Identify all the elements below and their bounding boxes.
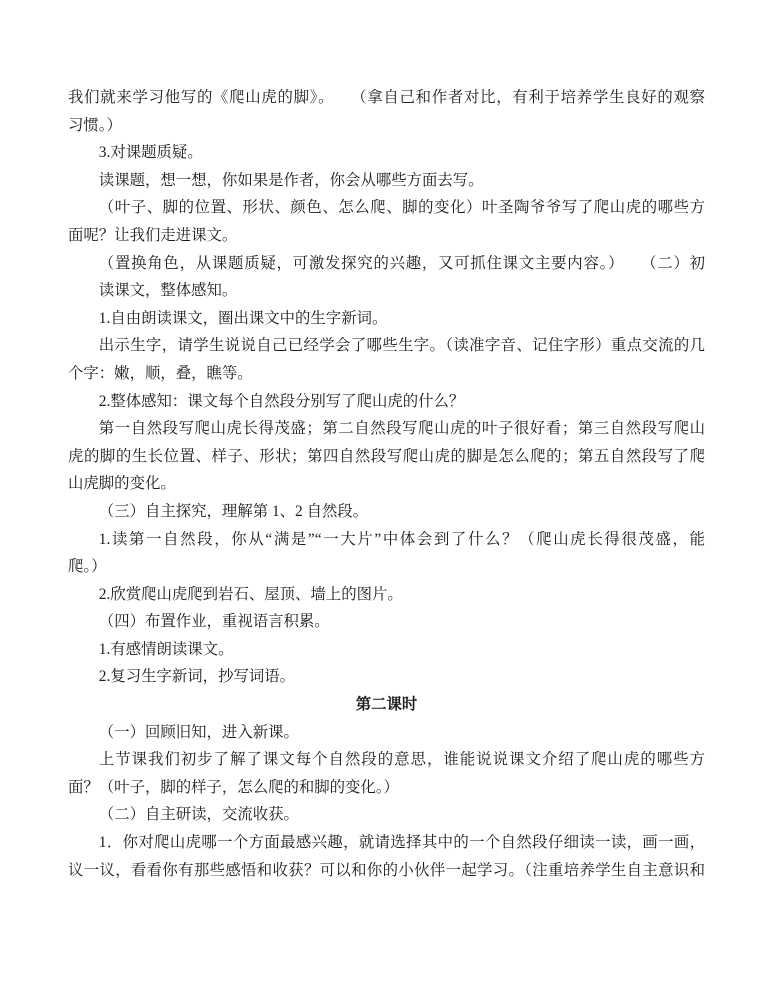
document-line: 习惯。） bbox=[68, 112, 705, 140]
document-line: （四）布置作业，重视语言积累。 bbox=[68, 608, 705, 636]
document-line: 2.整体感知：课文每个自然段分别写了爬山虎的什么？ bbox=[68, 388, 705, 416]
document-line: 出示生字，请学生说说自己已经学会了哪些生字。（读准字音、记住字形）重点交流的几 bbox=[68, 332, 705, 360]
document-line: 2.复习生字新词，抄写词语。 bbox=[68, 663, 705, 691]
document-line: 议一议，看看你有那些感悟和收获？可以和你的小伙伴一起学习。（注重培养学生自主意识… bbox=[68, 857, 705, 885]
document-line: （一）回顾旧知，进入新课。 bbox=[68, 719, 705, 747]
document-body: 我们就来学习他写的《爬山虎的脚》。 （拿自己和作者对比，有利于培养学生良好的观察… bbox=[68, 84, 705, 884]
document-line: （二）自主研读，交流收获。 bbox=[68, 801, 705, 829]
document-line: 上节课我们初步了解了课文每个自然段的意思，谁能说说课文介绍了爬山虎的哪些方 bbox=[68, 746, 705, 774]
document-line: （三）自主探究，理解第 1、2 自然段。 bbox=[68, 498, 705, 526]
document-line: 1．你对爬山虎哪一个方面最感兴趣，就请选择其中的一个自然段仔细读一读，画一画， bbox=[68, 829, 705, 857]
document-line: 第一自然段写爬山虎长得茂盛；第二自然段写爬山虎的叶子很好看；第三自然段写爬山 bbox=[68, 415, 705, 443]
document-line: 面呢？让我们走进课文。 bbox=[68, 222, 705, 250]
document-line: 1.自由朗读课文，圈出课文中的生字新词。 bbox=[68, 305, 705, 333]
document-line: 山虎脚的变化。 bbox=[68, 470, 705, 498]
document-line: 3.对课题质疑。 bbox=[68, 139, 705, 167]
document-line: （叶子、脚的位置、形状、颜色、怎么爬、脚的变化）叶圣陶爷爷写了爬山虎的哪些方 bbox=[68, 194, 705, 222]
document-line: 1.有感情朗读课文。 bbox=[68, 636, 705, 664]
document-line: 读课题，想一想，你如果是作者，你会从哪些方面去写。 bbox=[68, 167, 705, 195]
document-line: 读课文，整体感知。 bbox=[68, 277, 705, 305]
section-heading: 第二课时 bbox=[68, 691, 705, 719]
document-page: 我们就来学习他写的《爬山虎的脚》。 （拿自己和作者对比，有利于培养学生良好的观察… bbox=[0, 0, 770, 1000]
document-line: 2.欣赏爬山虎爬到岩石、屋顶、墙上的图片。 bbox=[68, 581, 705, 609]
document-line: 1.读第一自然段，你从“满是”“一大片”中体会到了什么？（爬山虎长得很茂盛，能 bbox=[68, 526, 705, 554]
document-line: 个字：嫩，顺，叠，瞧等。 bbox=[68, 360, 705, 388]
document-line: 虎的脚的生长位置、样子、形状；第四自然段写爬山虎的脚是怎么爬的；第五自然段写了爬 bbox=[68, 443, 705, 471]
document-line: （置换角色，从课题质疑，可激发探究的兴趣，又可抓住课文主要内容。） （二）初 bbox=[68, 250, 705, 278]
document-line: 面？（叶子，脚的样子，怎么爬的和脚的变化。） bbox=[68, 774, 705, 802]
document-line: 我们就来学习他写的《爬山虎的脚》。 （拿自己和作者对比，有利于培养学生良好的观察 bbox=[68, 84, 705, 112]
document-line: 爬。） bbox=[68, 553, 705, 581]
